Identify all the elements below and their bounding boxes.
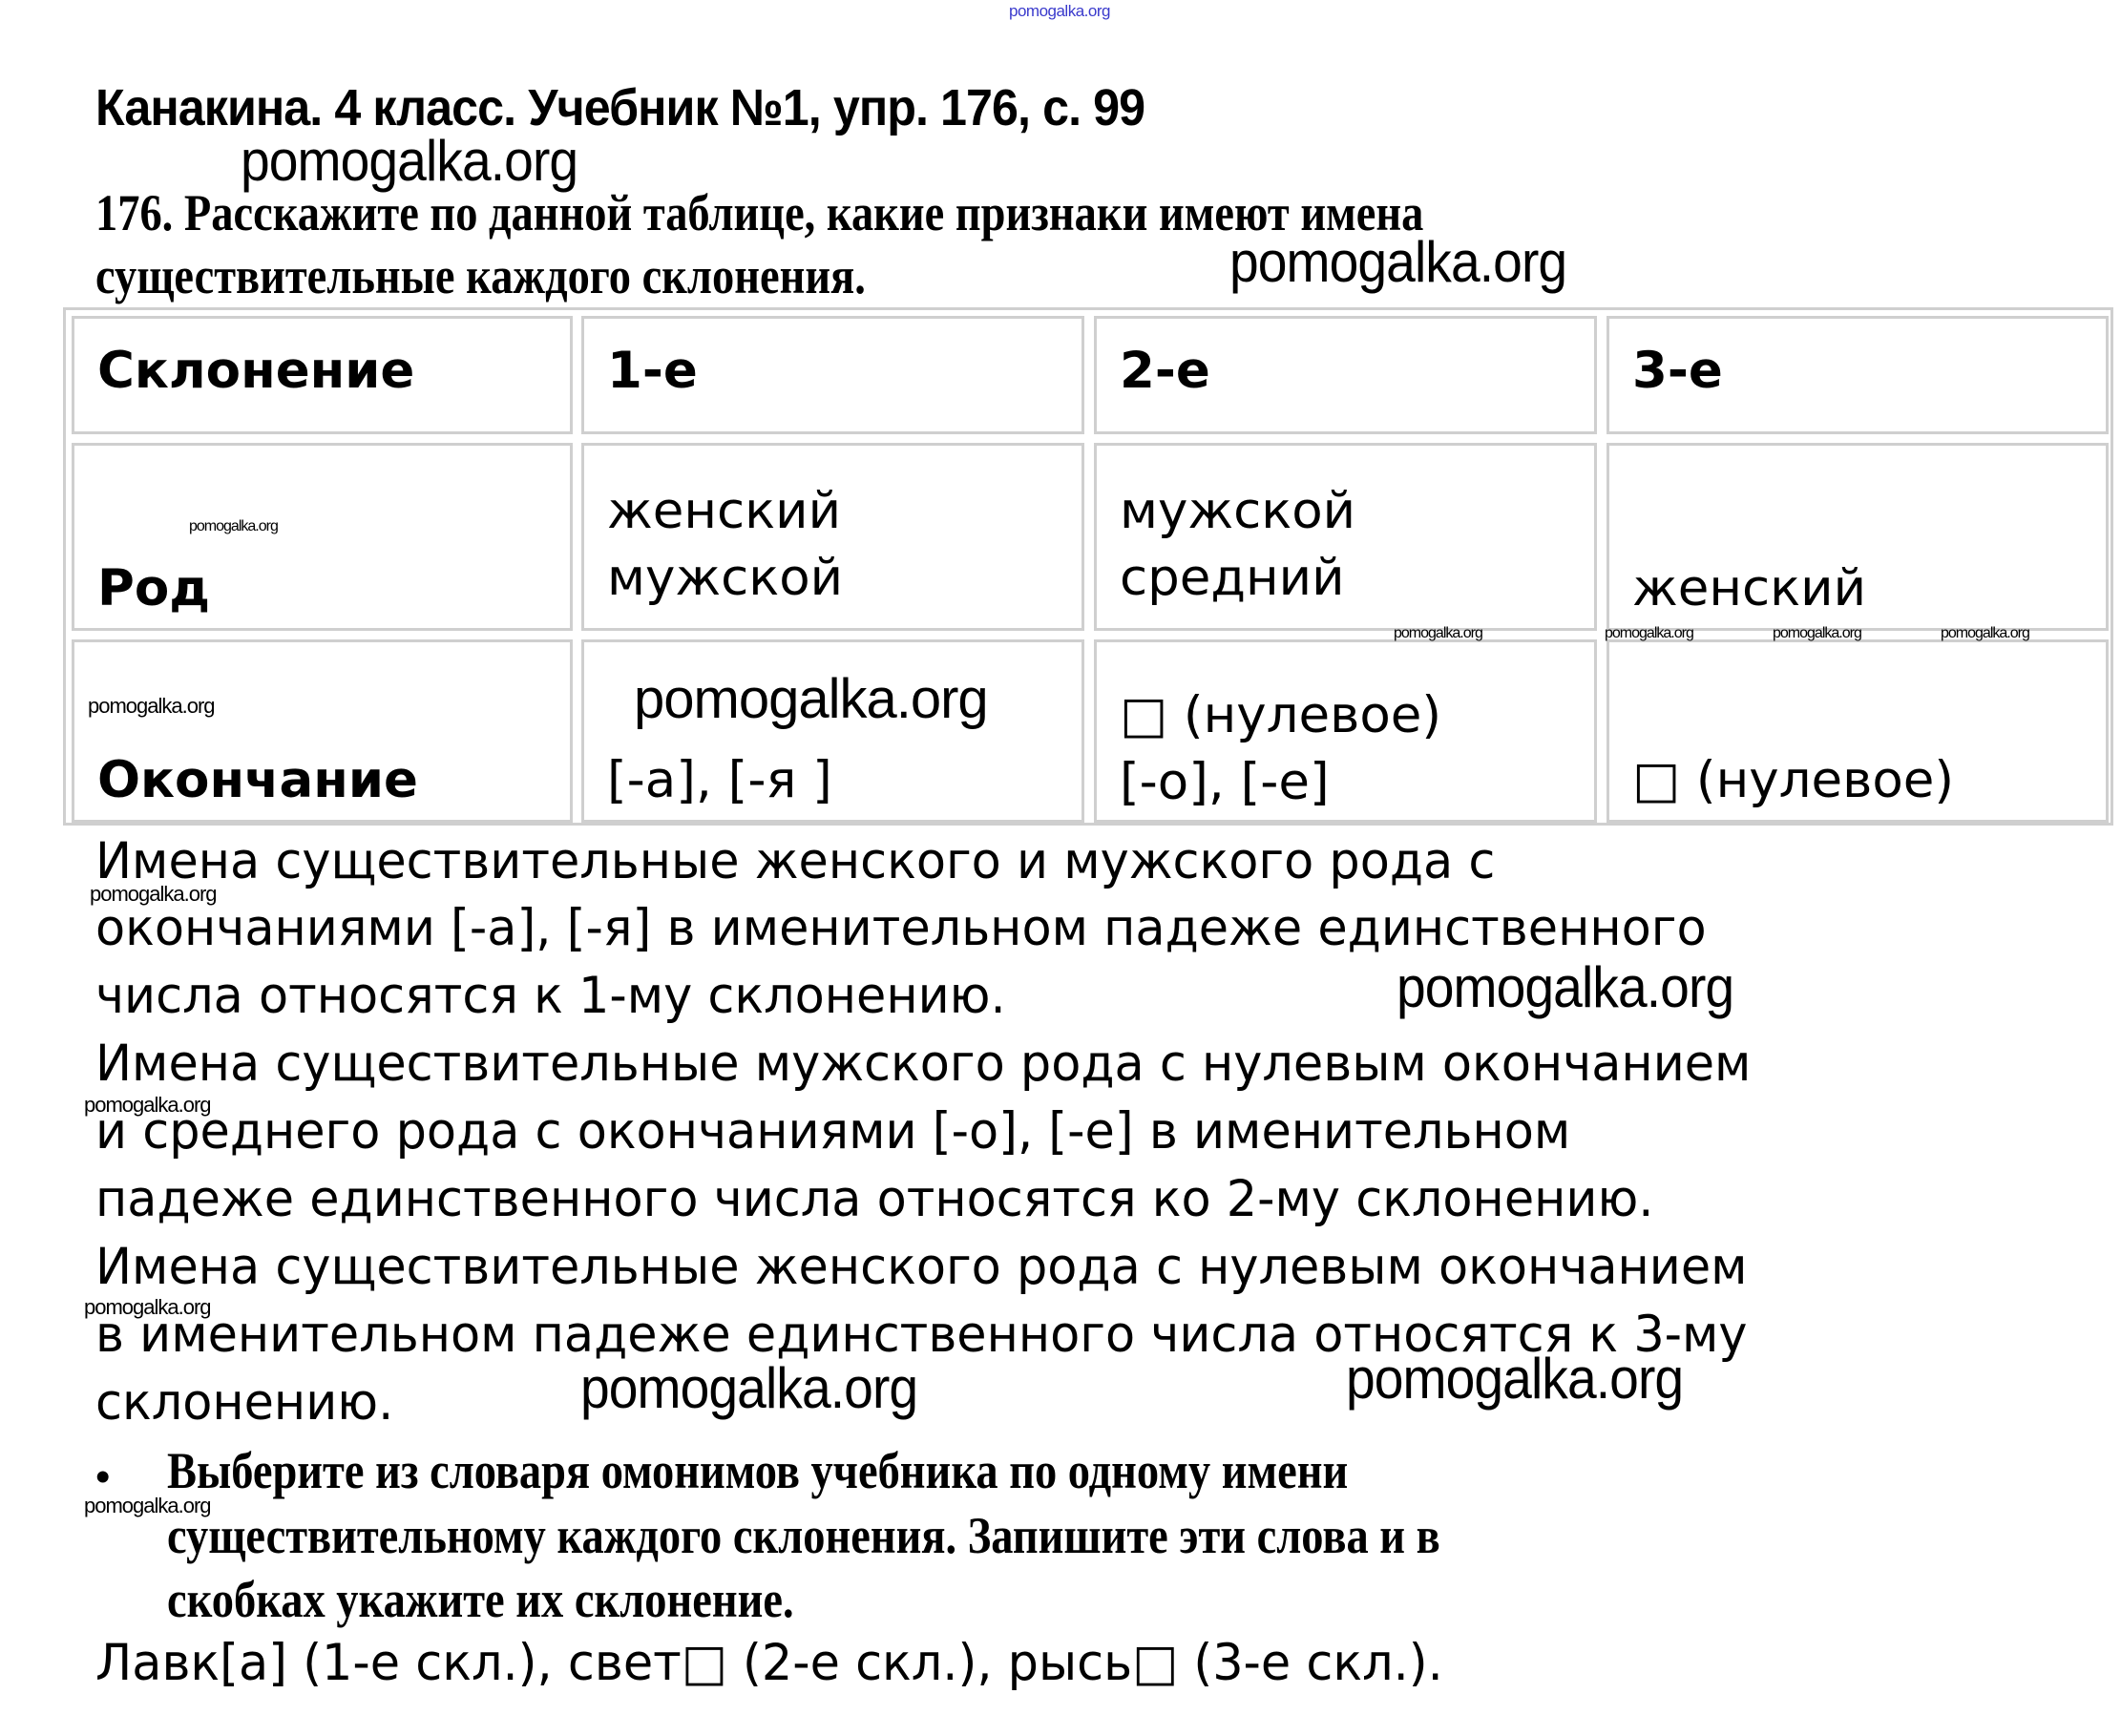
declension-table: Склонение 1-е 2-е 3-е pomogalka.org Род …: [63, 307, 2113, 826]
watermark: pomogalka.org: [1941, 625, 2029, 642]
answer-line: окончаниями [-а], [-я] в именительном па…: [95, 899, 1707, 957]
header-declension: Склонение: [97, 338, 414, 405]
table-cell: pomogalka.org [-а], [-я ]: [581, 639, 1084, 823]
cell-line: средний: [1120, 545, 1355, 612]
watermark: pomogalka.org: [1773, 625, 1861, 642]
row-label-gender: Род: [97, 555, 210, 622]
watermark: pomogalka.org: [580, 1355, 917, 1421]
cell-line: [-о], [-е]: [1120, 749, 1441, 816]
cell-value: женский мужской: [607, 478, 843, 612]
cell-line: женский: [607, 478, 843, 545]
task-text-line: существительные каждого склонения.: [95, 246, 866, 305]
table-row-label-cell: pomogalka.org Род: [72, 443, 573, 631]
extra-task-answer: Лавк[а] (1-е скл.), свет□ (2-е скл.), ры…: [95, 1634, 1443, 1692]
watermark: pomogalka.org: [1394, 625, 1482, 642]
answer-line: падеже единственного числа относятся ко …: [95, 1170, 1653, 1228]
header-third: 3-е: [1632, 338, 1723, 405]
table-header-cell: Склонение: [72, 316, 573, 434]
extra-task-line: скобках укажите их склонение.: [167, 1570, 794, 1629]
extra-task-line: Выберите из словаря омонимов учебника по…: [167, 1441, 1348, 1500]
cell-line: мужской: [1120, 478, 1355, 545]
answer-line: и среднего рода с окончаниями [-о], [-е]…: [95, 1102, 1570, 1161]
answer-line: числа относятся к 1-му склонению.: [95, 967, 1006, 1025]
watermark: pomogalka.org: [1396, 954, 1733, 1020]
watermark: pomogalka.org: [1605, 625, 1693, 642]
cell-value: □ (нулевое) [-о], [-е]: [1120, 682, 1441, 816]
header-first: 1-е: [607, 338, 698, 405]
table-cell: □ (нулевое) [-о], [-е]: [1094, 639, 1597, 823]
task-text-line: 176. Расскажите по данной таблице, какие…: [95, 183, 1423, 242]
header-second: 2-е: [1120, 338, 1210, 405]
watermark-top: pomogalka.org: [1009, 2, 1110, 21]
cell-line: мужской: [607, 545, 843, 612]
answer-line: склонению.: [95, 1373, 393, 1432]
cell-line: □ (нулевое): [1120, 682, 1441, 749]
extra-task-line: существительному каждого склонения. Запи…: [167, 1506, 1440, 1565]
watermark: pomogalka.org: [634, 667, 988, 731]
cell-value: [-а], [-я ]: [607, 747, 832, 814]
watermark: pomogalka.org: [1229, 229, 1566, 295]
watermark: pomogalka.org: [1346, 1346, 1683, 1412]
table-cell: мужской средний: [1094, 443, 1597, 631]
table-cell: □ (нулевое): [1606, 639, 2109, 823]
watermark: pomogalka.org: [88, 694, 215, 719]
cell-value: □ (нулевое): [1632, 747, 1954, 814]
row-label-ending: Окончание: [97, 747, 418, 814]
table-header-cell: 3-е: [1606, 316, 2109, 434]
table-cell: женский мужской: [581, 443, 1084, 631]
watermark: pomogalka.org: [189, 518, 278, 535]
cell-value: женский: [1632, 555, 1866, 622]
answer-line: Имена существительные женского рода с ну…: [95, 1238, 1748, 1296]
table-header-cell: 1-е: [581, 316, 1084, 434]
table-cell: женский: [1606, 443, 2109, 631]
answer-line: Имена существительные женского и мужског…: [95, 832, 1495, 890]
table-row-label-cell: pomogalka.org Окончание: [72, 639, 573, 823]
cell-value: мужской средний: [1120, 478, 1355, 612]
answer-line: Имена существительные мужского рода с ну…: [95, 1035, 1751, 1093]
table-header-cell: 2-е: [1094, 316, 1597, 434]
